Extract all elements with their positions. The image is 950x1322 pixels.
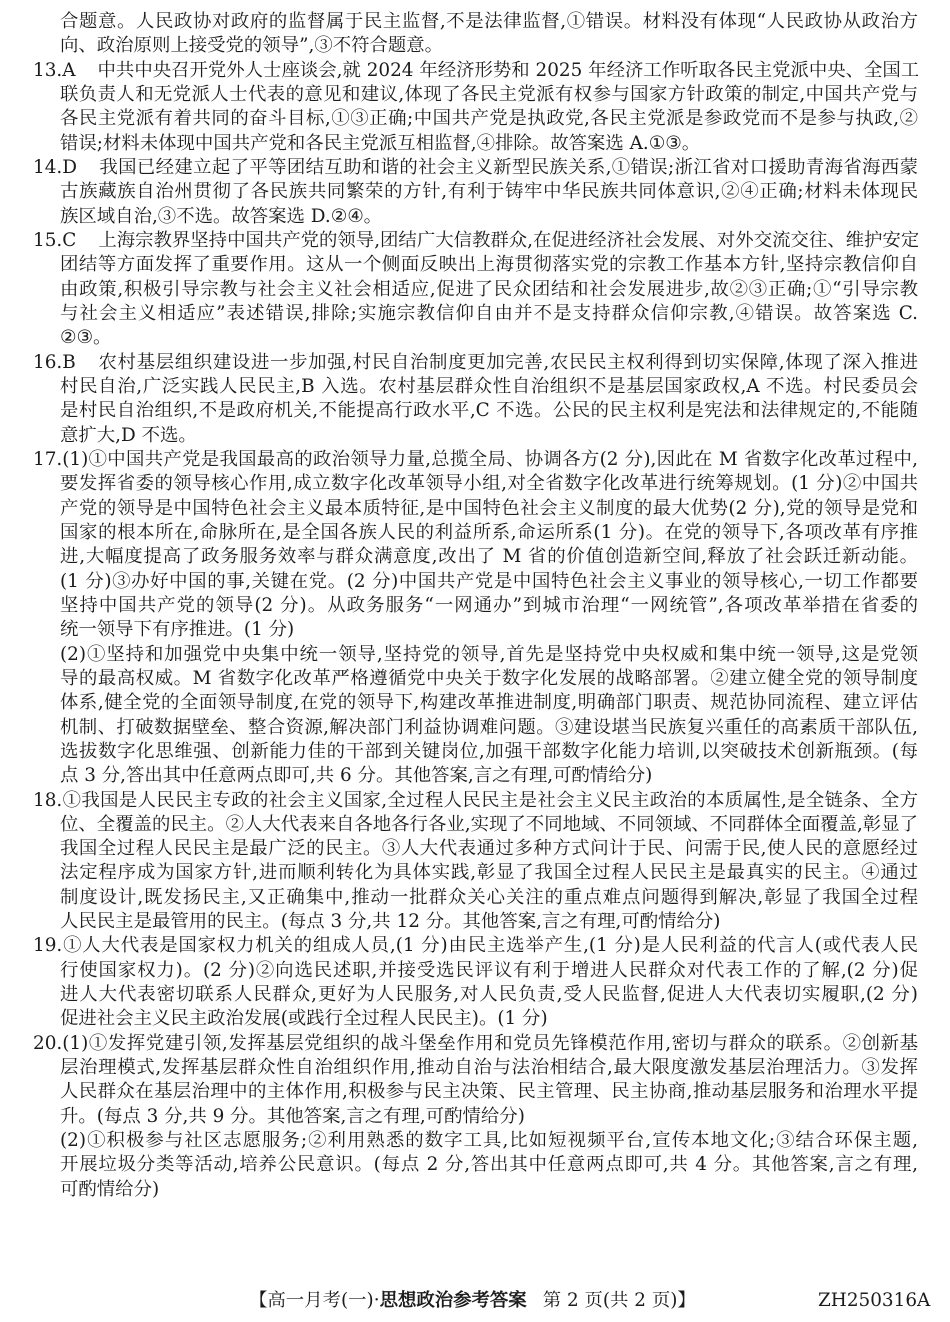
- question-number: 17.: [33, 449, 62, 470]
- text-line-content: ①人大代表是国家权力机关的组成人员,(1 分)由民主选举产生,(1 分)是人民利…: [62, 935, 918, 956]
- answer-item-20: 20.(1)①发挥党建引领,发挥基层党组织的战斗堡垒作用和党员先锋模范作用,密切…: [0, 1032, 950, 1202]
- text-line: 由政策,积极引导宗教与社会主义社会相适应,促进了民众团结和社会发展进步,故②③正…: [60, 278, 918, 302]
- text-line: 可酌情给分): [60, 1178, 918, 1202]
- text-line: 我国全过程人民民主是最广泛的民主。③人大代表通过多种方式问计于民、问需于民,使人…: [60, 837, 918, 861]
- footer-subject-title: 思想政治参考答案: [380, 1290, 527, 1311]
- text-line: 14.D我国已经建立起了平等团结互助和谐的社会主义新型民族关系,①错误;浙江省对…: [33, 156, 918, 180]
- footer-bracket-open: 【: [249, 1290, 267, 1311]
- answer-choice: C: [62, 229, 76, 253]
- text-line: 村民自治,广泛实践人民民主,B 入选。农村基层群众性自治组织不是基层国家政权,A…: [60, 375, 918, 399]
- text-line-content: (1)①中国共产党是我国最高的政治领导力量,总揽全局、协调各方(2 分),因此在…: [62, 449, 918, 470]
- text-line: 人民民主是最管用的民主。(每点 3 分,共 12 分。其他答案,言之有理,可酌情…: [60, 910, 918, 934]
- text-line: 点 3 分,答出其中任意两点即可,共 6 分。其他答案,言之有理,可酌情给分): [60, 764, 918, 788]
- text-line: 进,大幅度提高了政务服务效率与群众满意度,改出了 M 省的价值创造新空间,释放了…: [60, 545, 918, 569]
- text-line: 18.①我国是人民民主专政的社会主义国家,全过程人民民主是社会主义民主政治的本质…: [33, 789, 918, 813]
- footer-document-code: ZH250316A: [818, 1288, 930, 1314]
- text-line: (2)①积极参与社区志愿服务;②利用熟悉的数字工具,比如短视频平台,宣传本地文化…: [60, 1129, 918, 1153]
- text-line: 是村民自治组织,不是政府机关,不能提高行政水平,C 不选。公民的民主权利是宪法和…: [60, 399, 918, 423]
- text-line: 与社会主义相适应”表述错误,排除;实施宗教信仰自由并不是支持群众信仰宗教,④错误…: [60, 302, 918, 326]
- text-line: 法定程序成为国家方针,进而顺利转化为具体实践,彰显了我国全过程人民民主是最真实的…: [60, 861, 918, 885]
- text-line: 意扩大,D 不选。: [60, 424, 918, 448]
- answer-item-12-continued: 合题意。人民政协对政府的监督属于民主监督,不是法律监督,①错误。材料没有体现“人…: [0, 10, 950, 59]
- answer-choice: D: [62, 156, 77, 180]
- question-number: 13.: [33, 60, 62, 81]
- text-line: 国家的根本所在,命脉所在,是全国各族人民的利益所系,命运所系(1 分)。在党的领…: [60, 521, 918, 545]
- answer-key-body: 合题意。人民政协对政府的监督属于民主监督,不是法律监督,①错误。材料没有体现“人…: [0, 10, 950, 1202]
- text-line: 导的最高权威。M 省数字化改革严格遵循党中央关于数字化发展的战略部署。②建立健全…: [60, 667, 918, 691]
- answer-item-16: 16.B农村基层组织建设进一步加强,村民自治制度更加完善,农民民主权利得到切实保…: [0, 351, 950, 448]
- text-line: 机制、打破数据壁垒、整合资源,解决部门利益协调难问题。③建设堪当民族复兴重任的高…: [60, 716, 918, 740]
- text-line: 制度设计,既发扬民主,又正确集中,推动一批群众关心关注的重点难点问题得到解决,彰…: [60, 886, 918, 910]
- text-line: 进人大代表密切联系人民群众,更好为人民服务,对人民负责,受人民监督,促进人大代表…: [60, 983, 918, 1007]
- text-line: 19.①人大代表是国家权力机关的组成人员,(1 分)由民主选举产生,(1 分)是…: [33, 934, 918, 958]
- text-line: 各民主党派有着共同的奋斗目标,①③正确;中国共产党是执政党,各民主党派是参政党而…: [60, 107, 918, 131]
- question-number: 20.: [33, 1033, 62, 1054]
- answer-item-15: 15.C上海宗教界坚持中国共产党的领导,团结广大信教群众,在促进经济社会发展、对…: [0, 229, 950, 351]
- text-line: 联负责人和无党派人士代表的意见和建议,体现了各民主党派有权参与国家方针政策的制定…: [60, 83, 918, 107]
- text-line: 族区域自治,③不选。故答案选 D.②④。: [60, 205, 918, 229]
- question-number: 19.: [33, 935, 62, 956]
- footer-exam-name: 高一月考(一)·: [267, 1290, 379, 1311]
- text-line: 行使国家权力)。(2 分)②向选民述职,并接受选民评议有利于增进人民群众对代表工…: [60, 959, 918, 983]
- text-line: 坚持中国共产党的领导(2 分)。从政务服务“一网通办”到城市治理“一网统管”,各…: [60, 594, 918, 618]
- answer-key-page: 合题意。人民政协对政府的监督属于民主监督,不是法律监督,①错误。材料没有体现“人…: [0, 0, 950, 1322]
- text-line: (2)①坚持和加强党中央集中统一领导,坚持党的领导,首先是坚持党中央权威和集中统…: [60, 643, 918, 667]
- question-number: 16.: [33, 352, 62, 373]
- answer-choice: A: [62, 59, 75, 83]
- text-line: 选拔数字化思维强、创新能力佳的干部到关键岗位,加强干部数字化能力培训,以突破技术…: [60, 740, 918, 764]
- text-line: ②③。: [60, 326, 918, 350]
- text-line: 促进社会主义民主政治发展(或践行全过程人民民主)。(1 分): [60, 1007, 918, 1031]
- answer-item-14: 14.D我国已经建立起了平等团结互助和谐的社会主义新型民族关系,①错误;浙江省对…: [0, 156, 950, 229]
- text-line-content: ①我国是人民民主专政的社会主义国家,全过程人民民主是社会主义民主政治的本质属性,…: [62, 790, 918, 811]
- text-line: 17.(1)①中国共产党是我国最高的政治领导力量,总揽全局、协调各方(2 分),…: [33, 448, 918, 472]
- page-footer: 【高一月考(一)·思想政治参考答案第 2 页(共 2 页)】: [249, 1288, 696, 1314]
- text-line: 合题意。人民政协对政府的监督属于民主监督,不是法律监督,①错误。材料没有体现“人…: [60, 10, 918, 34]
- answer-item-18: 18.①我国是人民民主专政的社会主义国家,全过程人民民主是社会主义民主政治的本质…: [0, 789, 950, 935]
- text-line: 体系,健全党的全面领导制度,在党的领导下,构建改革推进制度,明确部门职责、规范协…: [60, 691, 918, 715]
- text-line: 古族藏族自治州贯彻了各民族共同繁荣的方针,有利于铸牢中华民族共同体意识,②④正确…: [60, 180, 918, 204]
- answer-choice: B: [62, 351, 76, 375]
- text-line: 16.B农村基层组织建设进一步加强,村民自治制度更加完善,农民民主权利得到切实保…: [33, 351, 918, 375]
- text-line: 产党的领导是中国特色社会主义最本质特征,是中国特色社会主义制度的最大优势(2 分…: [60, 497, 918, 521]
- text-line: 要发挥省委的领导核心作用,成立数字化改革领导小组,对全省数字化改革进行统筹规划。…: [60, 472, 918, 496]
- text-line: 20.(1)①发挥党建引领,发挥基层党组织的战斗堡垒作用和党员先锋模范作用,密切…: [33, 1032, 918, 1056]
- text-line: 15.C上海宗教界坚持中国共产党的领导,团结广大信教群众,在促进经济社会发展、对…: [33, 229, 918, 253]
- text-line: 13.A中共中央召开党外人士座谈会,就 2024 年经济形势和 2025 年经济…: [33, 59, 918, 83]
- text-line: 人民群众在基层治理中的主体作用,积极参与民主决策、民主管理、民主协商,推动基层服…: [60, 1080, 918, 1104]
- text-line-content: 我国已经建立起了平等团结互助和谐的社会主义新型民族关系,①错误;浙江省对口援助青…: [99, 157, 918, 178]
- text-line: 开展垃圾分类等活动,培养公民意识。(每点 2 分,答出其中任意两点即可,共 4 …: [60, 1153, 918, 1177]
- answer-item-19: 19.①人大代表是国家权力机关的组成人员,(1 分)由民主选举产生,(1 分)是…: [0, 934, 950, 1031]
- answer-item-13: 13.A中共中央召开党外人士座谈会,就 2024 年经济形势和 2025 年经济…: [0, 59, 950, 156]
- text-line: 向、政治原则上接受党的领导”,③不符合题意。: [60, 34, 918, 58]
- question-number: 15.: [33, 230, 62, 251]
- text-line: 升。(每点 3 分,共 9 分。其他答案,言之有理,可酌情给分): [60, 1105, 918, 1129]
- text-line-content: 上海宗教界坚持中国共产党的领导,团结广大信教群众,在促进经济社会发展、对外交流交…: [98, 230, 918, 251]
- footer-bracket-close: 】: [677, 1290, 695, 1311]
- text-line: 统一领导下有序推进。(1 分): [60, 618, 918, 642]
- answer-item-17: 17.(1)①中国共产党是我国最高的政治领导力量,总揽全局、协调各方(2 分),…: [0, 448, 950, 789]
- text-line: 错误;材料未体现中国共产党和各民主党派互相监督,④排除。故答案选 A.①③。: [60, 132, 918, 156]
- question-number: 14.: [33, 157, 62, 178]
- footer-page-number: 第 2 页(共 2 页): [543, 1290, 678, 1311]
- text-line: (1 分)③办好中国的事,关键在党。(2 分)中国共产党是中国特色社会主义事业的…: [60, 570, 918, 594]
- text-line: 层治理模式,发挥基层群众性自治组织作用,推动自治与法治相结合,最大限度激发基层治…: [60, 1056, 918, 1080]
- question-number: 18.: [33, 790, 62, 811]
- text-line: 位、全覆盖的民主。②人大代表来自各地各行各业,实现了不同地域、不同领域、不同群体…: [60, 813, 918, 837]
- text-line: 团结等方面发挥了重要作用。这从一个侧面反映出上海贯彻落实党的宗教工作基本方针,坚…: [60, 253, 918, 277]
- text-line-content: (1)①发挥党建引领,发挥基层党组织的战斗堡垒作用和党员先锋模范作用,密切与群众…: [62, 1033, 918, 1054]
- text-line-content: 农村基层组织建设进一步加强,村民自治制度更加完善,农民民主权利得到切实保障,体现…: [98, 352, 918, 373]
- text-line-content: 中共中央召开党外人士座谈会,就 2024 年经济形势和 2025 年经济工作听取…: [98, 60, 918, 81]
